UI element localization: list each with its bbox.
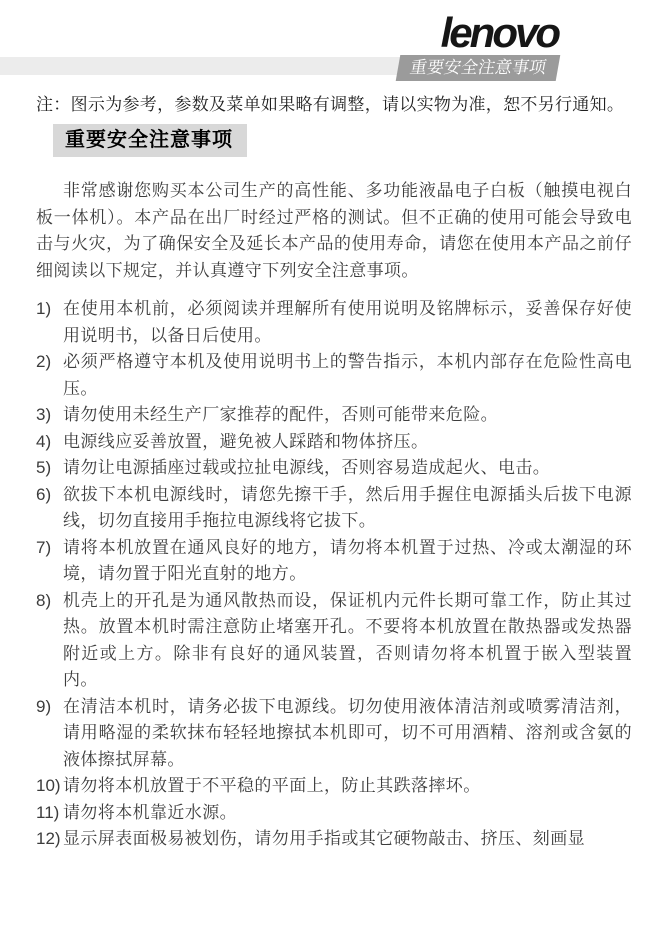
note-line: 注：图示为参考，参数及菜单如果略有调整，请以实物为准，恕不另行通知。 <box>36 92 632 118</box>
item-text: 欲拔下本机电源线时，请您先擦干手，然后用手握住电源插头后拔下电源线，切勿直接用手… <box>63 482 632 535</box>
item-text: 请勿让电源插座过载或拉扯电源线，否则容易造成起火、电击。 <box>63 455 632 482</box>
safety-list: 1) 在使用本机前，必须阅读并理解所有使用说明及铭牌标示，妥善保存好使用说明书，… <box>36 296 632 853</box>
item-text: 请勿将本机靠近水源。 <box>63 800 632 827</box>
safety-item: 4) 电源线应妥善放置，避免被人踩踏和物体挤压。 <box>36 429 632 456</box>
header-band <box>0 57 424 75</box>
item-number: 11) <box>36 800 63 827</box>
safety-item: 3) 请勿使用未经生产厂家推荐的配件，否则可能带来危险。 <box>36 402 632 429</box>
safety-item: 8) 机壳上的开孔是为通风散热而设，保证机内元件长期可靠工作，防止其过热。放置本… <box>36 588 632 694</box>
item-number: 2) <box>36 349 63 376</box>
item-number: 1) <box>36 296 63 323</box>
safety-item: 10) 请勿将本机放置于不平稳的平面上，防止其跌落摔坏。 <box>36 773 632 800</box>
page-content: 注：图示为参考，参数及菜单如果略有调整，请以实物为准，恕不另行通知。 重要安全注… <box>36 92 632 853</box>
item-text: 请勿使用未经生产厂家推荐的配件，否则可能带来危险。 <box>63 402 632 429</box>
item-number: 4) <box>36 429 63 456</box>
section-title: 重要安全注意事项 <box>53 124 247 157</box>
safety-item: 2) 必须严格遵守本机及使用说明书上的警告指示，本机内部存在危险性高电压。 <box>36 349 632 402</box>
item-text: 请勿将本机放置于不平稳的平面上，防止其跌落摔坏。 <box>63 773 632 800</box>
manual-page: lenovo 重要安全注意事项 注：图示为参考，参数及菜单如果略有调整，请以实物… <box>0 0 662 945</box>
item-number: 3) <box>36 402 63 429</box>
item-number: 6) <box>36 482 63 509</box>
safety-item: 1) 在使用本机前，必须阅读并理解所有使用说明及铭牌标示，妥善保存好使用说明书，… <box>36 296 632 349</box>
safety-item: 11) 请勿将本机靠近水源。 <box>36 800 632 827</box>
item-number: 5) <box>36 455 63 482</box>
lenovo-logo: lenovo <box>441 12 558 54</box>
item-number: 12) <box>36 826 63 853</box>
item-text: 机壳上的开孔是为通风散热而设，保证机内元件长期可靠工作，防止其过热。放置本机时需… <box>63 588 632 694</box>
safety-item: 12) 显示屏表面极易被划伤，请勿用手指或其它硬物敲击、挤压、刻画显 <box>36 826 632 853</box>
safety-item: 9) 在清洁本机时，请务必拔下电源线。切勿使用液体清洁剂或喷雾清洁剂，请用略湿的… <box>36 694 632 774</box>
intro-paragraph: 非常感谢您购买本公司生产的高性能、多功能液晶电子白板（触摸电视白板一体机）。本产… <box>36 178 632 284</box>
item-text: 电源线应妥善放置，避免被人踩踏和物体挤压。 <box>63 429 632 456</box>
item-text: 显示屏表面极易被划伤，请勿用手指或其它硬物敲击、挤压、刻画显 <box>63 826 632 853</box>
item-number: 9) <box>36 694 63 721</box>
item-number: 8) <box>36 588 63 615</box>
safety-item: 6) 欲拔下本机电源线时，请您先擦干手，然后用手握住电源插头后拔下电源线，切勿直… <box>36 482 632 535</box>
safety-item: 7) 请将本机放置在通风良好的地方，请勿将本机置于过热、冷或太潮湿的环境，请勿置… <box>36 535 632 588</box>
item-text: 必须严格遵守本机及使用说明书上的警告指示，本机内部存在危险性高电压。 <box>63 349 632 402</box>
item-text: 在使用本机前，必须阅读并理解所有使用说明及铭牌标示，妥善保存好使用说明书，以备日… <box>63 296 632 349</box>
item-text: 在清洁本机时，请务必拔下电源线。切勿使用液体清洁剂或喷雾清洁剂，请用略湿的柔软抹… <box>63 694 632 774</box>
item-number: 10) <box>36 773 63 800</box>
item-number: 7) <box>36 535 63 562</box>
header-tab-label: 重要安全注意事项 <box>396 55 561 81</box>
safety-item: 5) 请勿让电源插座过载或拉扯电源线，否则容易造成起火、电击。 <box>36 455 632 482</box>
item-text: 请将本机放置在通风良好的地方，请勿将本机置于过热、冷或太潮湿的环境，请勿置于阳光… <box>63 535 632 588</box>
